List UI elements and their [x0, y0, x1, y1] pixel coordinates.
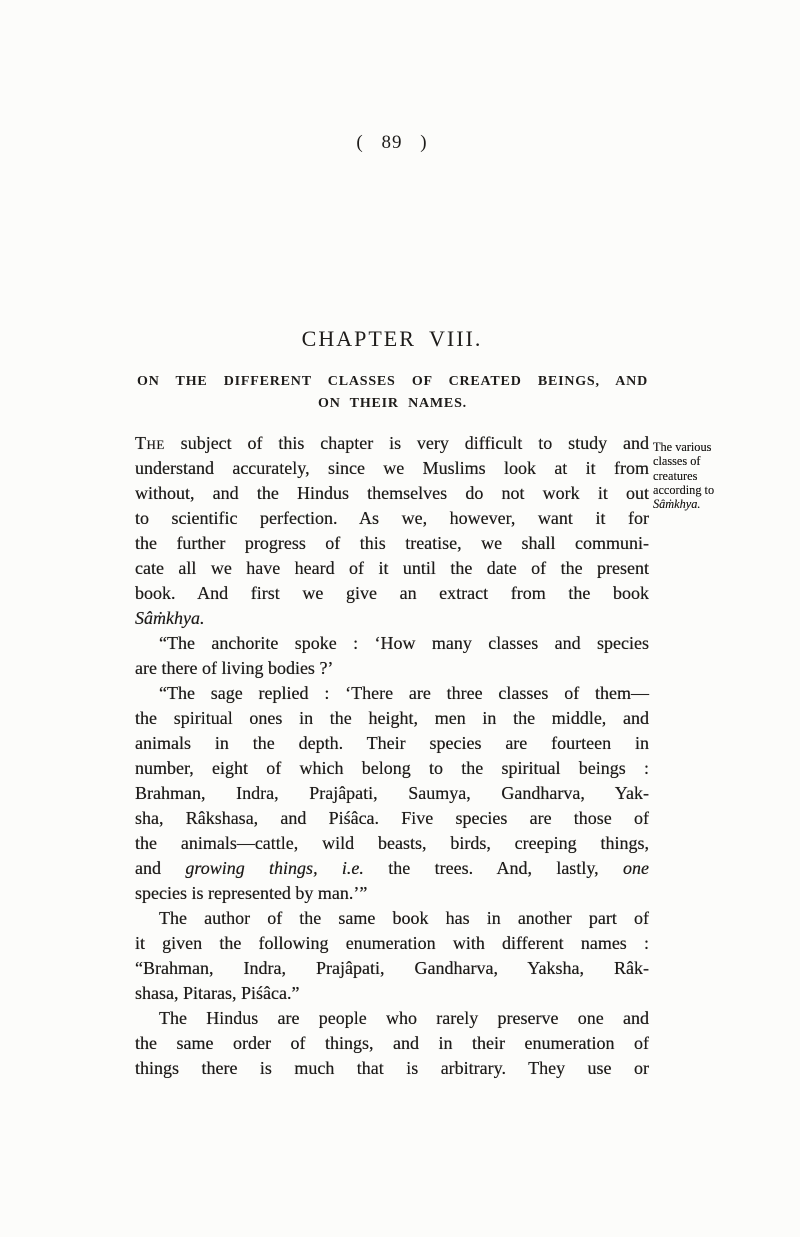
- text-line: without, and the Hindus themselves do no…: [135, 481, 649, 506]
- text-line: The author of the same book has in anoth…: [135, 906, 649, 931]
- text-line: the animals—cattle, wild beasts, birds, …: [135, 831, 649, 856]
- margin-note-line: classes of: [653, 454, 775, 468]
- text-line: cate all we have heard of it until the d…: [135, 556, 649, 581]
- margin-note-line: according to: [653, 483, 775, 497]
- text-line: “The sage replied : ‘There are three cla…: [135, 681, 649, 706]
- text-line: animals in the depth. Their species are …: [135, 731, 649, 756]
- text-line: The Hindus are people who rarely preserv…: [135, 1006, 649, 1031]
- margin-note-line: creatures: [653, 469, 775, 483]
- text-line: book. And first we give an extract from …: [135, 581, 649, 606]
- text-line: the spiritual ones in the height, men in…: [135, 706, 649, 731]
- text-line: number, eight of which belong to the spi…: [135, 756, 649, 781]
- margin-note-line: Sâṁkhya.: [653, 497, 775, 511]
- text-line: The subject of this chapter is very diff…: [135, 431, 649, 456]
- text-line: the further progress of this treatise, w…: [135, 531, 649, 556]
- book-page: ( 89 ) CHAPTER VIII. ON THE DIFFERENT CL…: [0, 0, 800, 1237]
- text-line: species is represented by man.’”: [135, 881, 649, 906]
- section-heading-line-2: ON THEIR NAMES.: [137, 393, 648, 415]
- text-line: understand accurately, since we Muslims …: [135, 456, 649, 481]
- margin-note-line: The various: [653, 440, 775, 454]
- text-line: things there is much that is arbitrary. …: [135, 1056, 649, 1081]
- body-column: The subject of this chapter is very diff…: [135, 431, 649, 1081]
- text-line: the same order of things, and in their e…: [135, 1031, 649, 1056]
- chapter-heading: CHAPTER VIII.: [135, 326, 649, 352]
- text-line: shasa, Pitaras, Piśâca.”: [135, 981, 649, 1006]
- text-line: Sâṁkhya.: [135, 606, 649, 631]
- text-line: it given the following enumeration with …: [135, 931, 649, 956]
- section-heading-line-1: ON THE DIFFERENT CLASSES OF CREATED BEIN…: [137, 371, 648, 393]
- text-line: to scientific perfection. As we, however…: [135, 506, 649, 531]
- text-line: “Brahman, Indra, Prajâpati, Gandharva, Y…: [135, 956, 649, 981]
- text-line: “The anchorite spoke : ‘How many classes…: [135, 631, 649, 656]
- page-number: ( 89 ): [135, 132, 649, 154]
- text-line: Brahman, Indra, Prajâpati, Saumya, Gandh…: [135, 781, 649, 806]
- margin-note: The variousclasses ofcreaturesaccording …: [653, 440, 775, 511]
- text-line: are there of living bodies ?’: [135, 656, 649, 681]
- text-line: and growing things, i.e. the trees. And,…: [135, 856, 649, 881]
- text-line: sha, Râkshasa, and Piśâca. Five species …: [135, 806, 649, 831]
- section-heading: ON THE DIFFERENT CLASSES OF CREATED BEIN…: [137, 371, 648, 415]
